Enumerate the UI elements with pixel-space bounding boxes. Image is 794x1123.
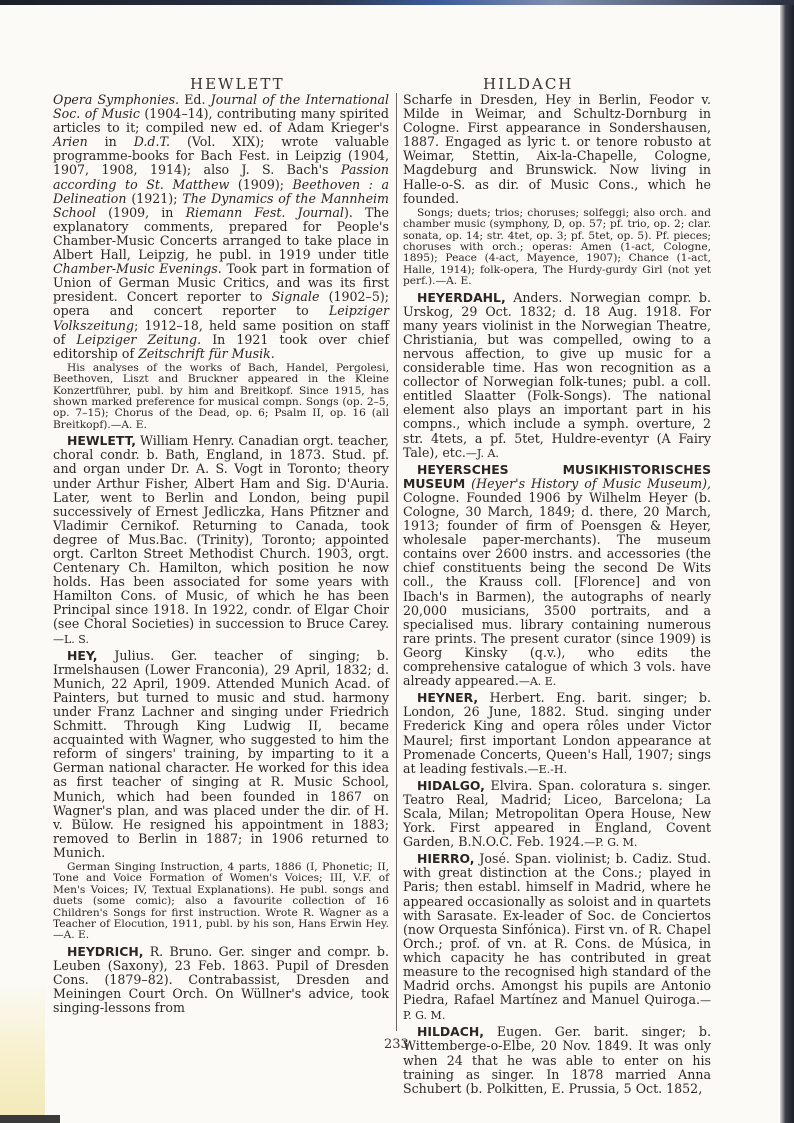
dictionary-entry: HEYDRICH, R. Bruno. Ger. singer and comp…: [53, 945, 389, 1015]
italic-title: Opera Symphonies.: [53, 92, 179, 107]
column-divider: [396, 93, 397, 1031]
dictionary-entry: HEY, Julius. Ger. teacher of singing; b.…: [53, 649, 389, 860]
dictionary-entry: HEYNER, Herbert. Eng. barit. singer; b. …: [403, 691, 711, 777]
dictionary-entry: HEYERDAHL, Anders. Norwegian compr. b. U…: [403, 291, 711, 461]
dictionary-entry: HIERRO, José. Span. violinist; b. Cadiz.…: [403, 852, 711, 1023]
page-discoloration: [0, 980, 45, 1123]
entry-headword: HEYDRICH,: [67, 944, 143, 959]
book-spine-shadow: [780, 5, 794, 1123]
works-paragraph: German Singing Instruction, 4 parts, 188…: [53, 862, 389, 942]
italic-title: Leipziger Zeitung.: [76, 332, 201, 347]
entry-headword: HEYNER,: [417, 690, 478, 705]
entry-headword: HEWLETT,: [67, 433, 136, 448]
entry-name: Anders.: [506, 290, 563, 305]
left-column: Opera Symphonies. Ed. Journal of the Int…: [53, 93, 389, 1015]
dictionary-entry: HIDALGO, Elvira. Span. coloratura s. sin…: [403, 779, 711, 850]
entry-headword: HIERRO,: [417, 851, 475, 866]
running-head-left: HEWLETT: [190, 75, 285, 93]
entry-signature: —A. E.: [519, 675, 556, 688]
entry-body: Norwegian compr. b. Urskog, 29 Oct. 1832…: [403, 290, 711, 460]
continuation-paragraph: Opera Symphonies. Ed. Journal of the Int…: [53, 93, 389, 361]
entry-body: Canadian orgt. teacher, choral condr. b.…: [53, 433, 389, 631]
entry-headword: HILDACH,: [417, 1024, 484, 1039]
entry-name: R. Bruno.: [143, 944, 212, 959]
dictionary-entry: HEYERSCHES MUSIKHISTORISCHES MUSEUM (Hey…: [403, 463, 711, 690]
text-run: Ed.: [179, 92, 211, 107]
page-number: 233: [384, 1037, 409, 1052]
works-paragraph: Songs; duets; trios; choruses; solfeggi;…: [403, 208, 711, 288]
entry-signature: —L. S.: [53, 633, 89, 646]
dictionary-entry: HEWLETT, William Henry. Canadian orgt. t…: [53, 434, 389, 646]
scan-bottom-edge: [0, 1115, 60, 1123]
entry-headword: HEY,: [67, 648, 97, 663]
text-run: (1921);: [126, 191, 182, 206]
italic-title: D.d.T.: [134, 134, 170, 149]
entry-name: Elvira.: [485, 778, 533, 793]
text-run: in: [88, 134, 134, 149]
entry-headword: HEYERDAHL,: [417, 290, 506, 305]
text-run: (1909);: [229, 177, 292, 192]
entry-name: (Heyer's History of Music Museum),: [465, 476, 711, 491]
works-paragraph: His analyses of the works of Bach, Hande…: [53, 363, 389, 431]
entry-name: Eugen.: [484, 1024, 542, 1039]
italic-title: Riemann Fest. Journal: [186, 205, 344, 220]
text-run: (1909, in: [96, 205, 186, 220]
entry-name: William Henry.: [136, 433, 234, 448]
italic-title: Arien: [53, 134, 88, 149]
entry-signature: —P. G. M.: [584, 836, 637, 849]
italic-title: Zeitschrift für Musik.: [138, 346, 275, 361]
entry-signature: —J. A.: [466, 447, 499, 460]
entry-headword: HIDALGO,: [417, 778, 485, 793]
entry-name: Herbert.: [478, 690, 545, 705]
running-head-right: HILDACH: [483, 75, 573, 93]
continuation-paragraph: Scharfe in Dresden, Hey in Berlin, Feodo…: [403, 93, 711, 206]
dictionary-entry: HILDACH, Eugen. Ger. barit. singer; b. W…: [403, 1025, 711, 1095]
entry-name: José.: [475, 851, 510, 866]
right-column: Scharfe in Dresden, Hey in Berlin, Feodo…: [403, 93, 711, 1096]
entry-name: Julius.: [97, 648, 154, 663]
entry-signature: —E.-H.: [528, 763, 567, 776]
italic-title: Signale: [272, 289, 320, 304]
entry-body: Span. violinist; b. Cadiz. Stud. with gr…: [403, 851, 711, 1007]
entry-body: Ger. teacher of singing; b. Irmelshausen…: [53, 648, 389, 860]
italic-title: Chamber-Music Evenings.: [53, 261, 222, 276]
entry-body: Cologne. Founded 1906 by Wilhelm Heyer (…: [403, 490, 711, 688]
